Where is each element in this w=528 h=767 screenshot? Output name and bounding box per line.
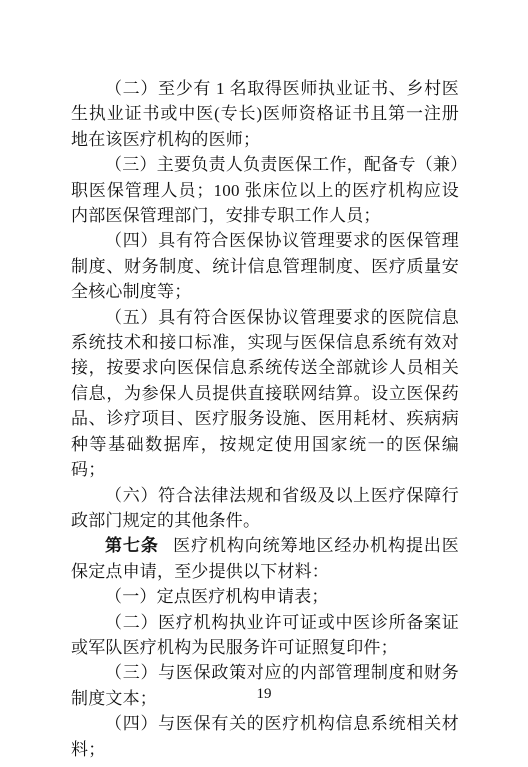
page-number: 19 bbox=[0, 686, 528, 703]
clause-item-5: （五）具有符合医保协议管理要求的医院信息系统技术和接口标准，实现与医保信息系统有… bbox=[71, 305, 459, 483]
article-7-item-1: （一）定点医疗机构申请表； bbox=[71, 584, 459, 609]
clause-item-4: （四）具有符合医保协议管理要求的医保管理制度、财务制度、统计信息管理制度、医疗质… bbox=[71, 228, 459, 304]
article-7-item-4: （四）与医保有关的医疗机构信息系统相关材料； bbox=[71, 711, 459, 762]
clause-item-2: （二）至少有 1 名取得医师执业证书、乡村医生执业证书或中医(专长)医师资格证书… bbox=[71, 76, 459, 152]
document-page: （二）至少有 1 名取得医师执业证书、乡村医生执业证书或中医(专长)医师资格证书… bbox=[0, 0, 528, 767]
clause-item-3: （三）主要负责人负责医保工作，配备专（兼）职医保管理人员；100 张床位以上的医… bbox=[71, 152, 459, 228]
article-7-number: 第七条 bbox=[105, 536, 173, 555]
article-7-paragraph: 第七条医疗机构向统筹地区经办机构提出医保定点申请，至少提供以下材料： bbox=[71, 533, 459, 584]
page-body: （二）至少有 1 名取得医师执业证书、乡村医生执业证书或中医(专长)医师资格证书… bbox=[71, 76, 459, 762]
clause-item-6: （六）符合法律法规和省级及以上医疗保障行政部门规定的其他条件。 bbox=[71, 483, 459, 534]
article-7-item-2: （二）医疗机构执业许可证或中医诊所备案证或军队医疗机构为民服务许可证照复印件； bbox=[71, 610, 459, 661]
